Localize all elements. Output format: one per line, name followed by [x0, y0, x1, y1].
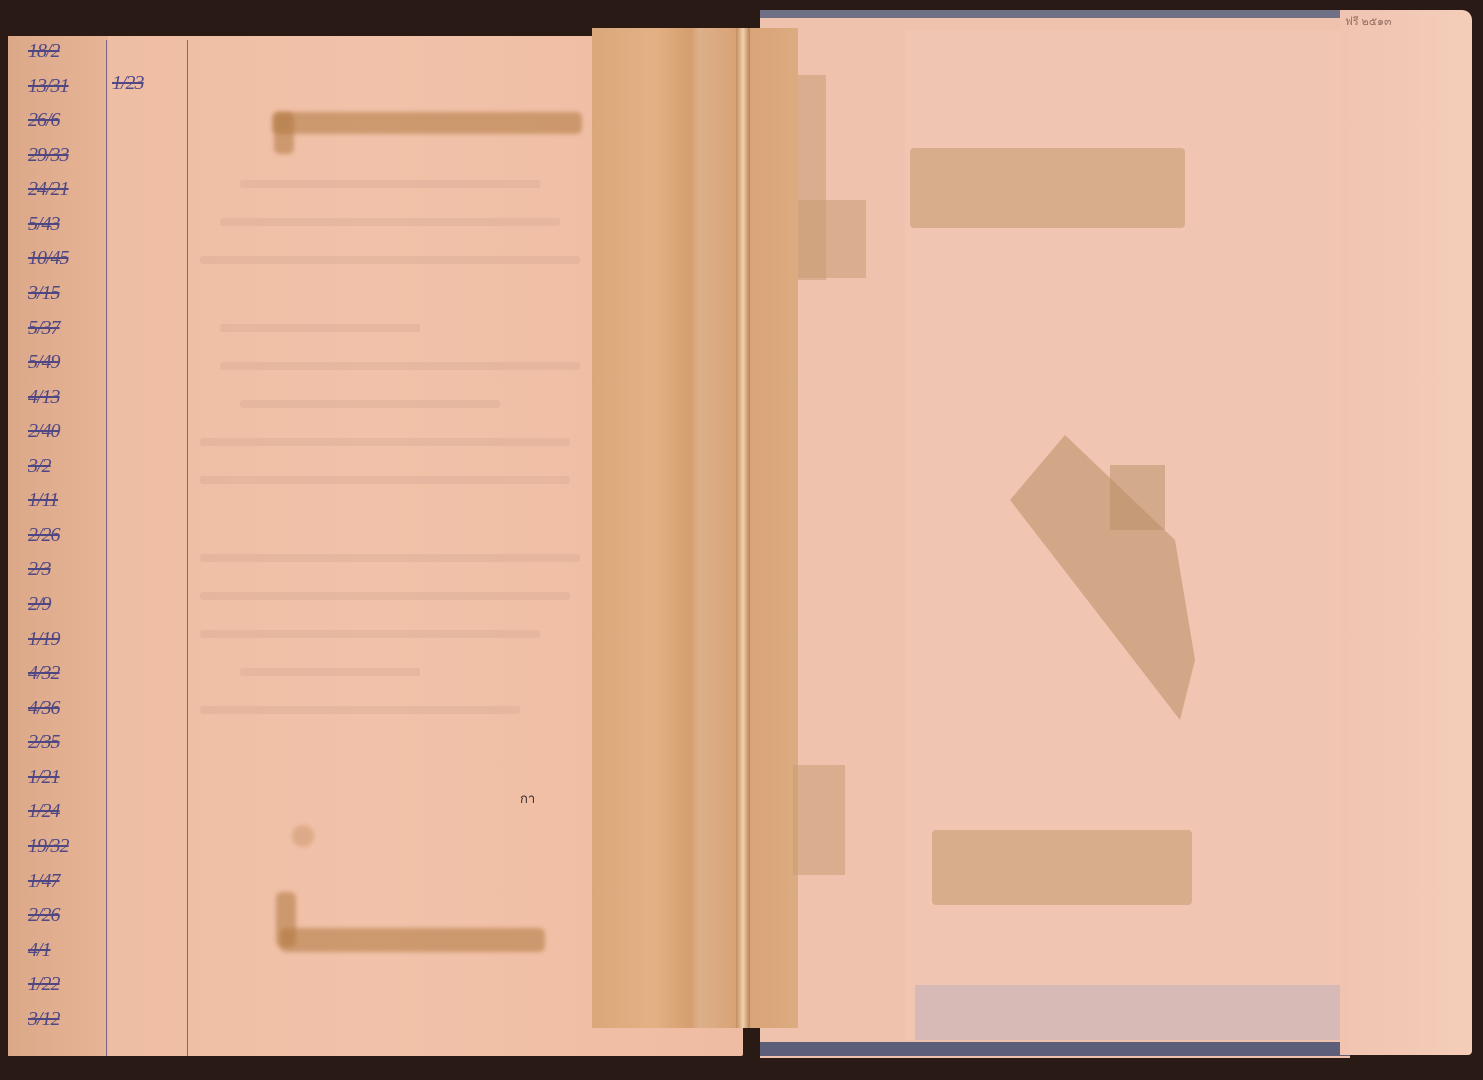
ghost-line	[220, 362, 580, 370]
ghost-line	[200, 476, 570, 484]
tape-residue-stain-top-corner	[274, 112, 294, 154]
ledger-entry: 10/45	[28, 247, 118, 269]
tape-residue-stain-bottom-corner	[276, 892, 296, 947]
tape-residue-stain-bottom	[280, 928, 545, 952]
ledger-entry: 13/31	[28, 75, 118, 97]
ghost-line	[200, 630, 540, 638]
ghost-line	[200, 706, 520, 714]
ghost-line	[200, 256, 580, 264]
ledger-entry: 3/15	[28, 282, 118, 304]
ledger-entry: 3/2	[28, 455, 118, 477]
ledger-entry: 3/12	[28, 1008, 118, 1030]
ledger-entry: 1/11	[28, 489, 118, 511]
ghost-line	[220, 324, 420, 332]
ledger-entry: 1/24	[28, 800, 118, 822]
ledger-entry: 2/35	[28, 731, 118, 753]
ledger-entry: 5/43	[28, 213, 118, 235]
ghost-line	[240, 668, 420, 676]
ledger-entry: 5/49	[28, 351, 118, 373]
spot-stain	[292, 825, 314, 847]
spine-fold	[736, 28, 750, 1028]
ledger-entry: 1/22	[28, 973, 118, 995]
ghost-line	[200, 438, 570, 446]
tape-remnant-top	[910, 148, 1185, 228]
ledger-entry: 2/26	[28, 524, 118, 546]
ledger-entry: 4/1	[28, 939, 118, 961]
corner-scribble: ฟรี ๒๕๑๓	[1345, 12, 1392, 30]
margin-rule-line-2	[187, 40, 188, 1056]
ledger-entry: 2/3	[28, 558, 118, 580]
cover-flap	[1340, 10, 1472, 1055]
ledger-entry: 19/32	[28, 835, 118, 857]
right-board-bottom-edge	[760, 1042, 1350, 1056]
ledger-entry-extra: 1/23	[112, 72, 144, 94]
ledger-entry: 1/19	[28, 628, 118, 650]
spine-repair-tape	[592, 28, 798, 1028]
handwritten-ledger: 18/2 13/31 26/6 29/33 24/21 5/43 10/45 3…	[28, 40, 118, 1030]
ghost-text-block	[200, 180, 580, 744]
ledger-entry: 26/6	[28, 109, 118, 131]
ghost-line	[200, 592, 570, 600]
ghost-line	[240, 180, 540, 188]
ledger-entry: 2/26	[28, 904, 118, 926]
ghost-line	[220, 218, 560, 226]
ghost-line	[200, 554, 580, 562]
ledger-entry: 1/47	[28, 870, 118, 892]
faded-bottom-band	[915, 985, 1345, 1040]
tape-remnant-diagonal	[1005, 430, 1205, 730]
ledger-entry: 5/37	[28, 317, 118, 339]
ledger-entry: 24/21	[28, 178, 118, 200]
tape-remnant-bottom	[932, 830, 1192, 905]
tape-strip-lower	[793, 765, 845, 875]
thai-glyph-fragment: กา	[520, 788, 535, 809]
ledger-entry: 29/33	[28, 144, 118, 166]
ledger-entry: 4/13	[28, 386, 118, 408]
ledger-entry: 4/32	[28, 662, 118, 684]
ledger-entry: 2/9	[28, 593, 118, 615]
tape-strip-square	[798, 200, 866, 278]
ledger-entry: 18/2	[28, 40, 118, 62]
ghost-line	[240, 400, 500, 408]
ledger-entry: 4/36	[28, 697, 118, 719]
ledger-entry: 1/21	[28, 766, 118, 788]
tape-residue-stain-top	[272, 112, 582, 134]
ledger-entry: 2/40	[28, 420, 118, 442]
